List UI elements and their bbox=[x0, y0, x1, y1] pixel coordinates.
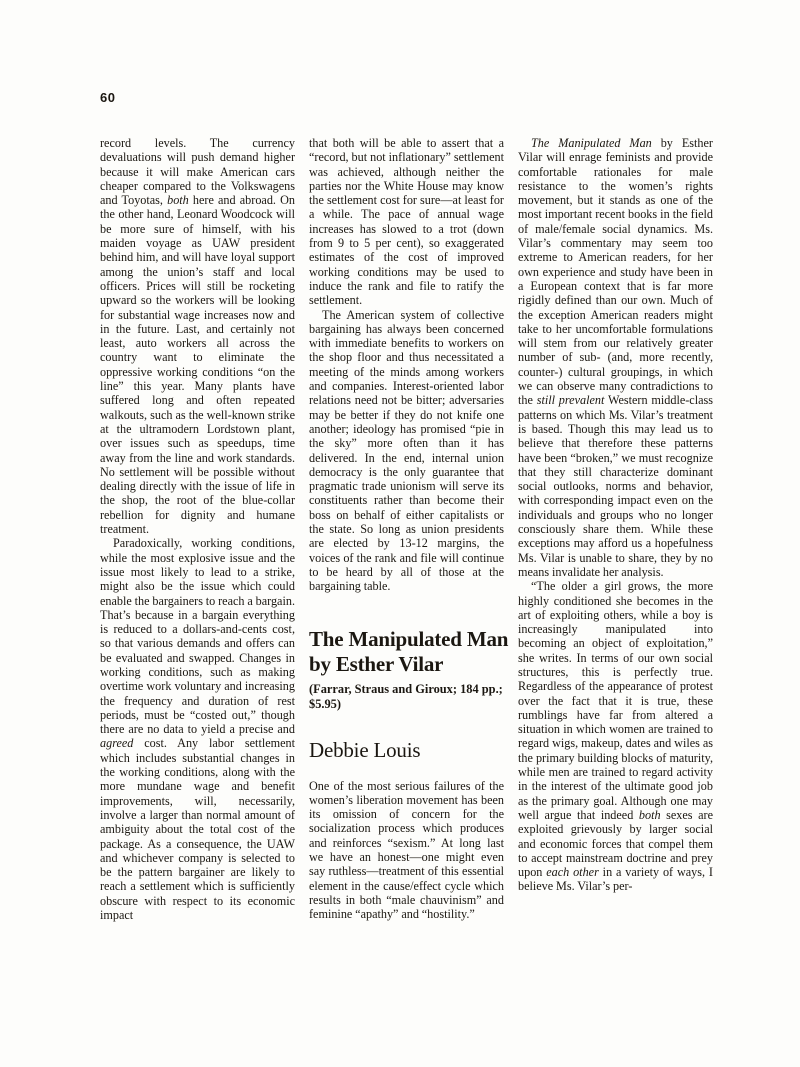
paragraph: Paradoxically, working conditions, while… bbox=[100, 536, 295, 922]
text-run: The American system of collective bargai… bbox=[309, 308, 504, 594]
paragraph: The Manipulated Man by Esther Vilar will… bbox=[518, 136, 713, 579]
text-run: agreed bbox=[100, 736, 133, 750]
paragraph: The American system of collective bargai… bbox=[309, 308, 504, 594]
column-1: record levels. The currency devaluations… bbox=[100, 136, 295, 922]
text-run: Western middle-class patterns on which M… bbox=[518, 393, 713, 579]
paragraph: One of the most serious failures of the … bbox=[309, 779, 504, 922]
text-columns: record levels. The currency devaluations… bbox=[100, 136, 713, 922]
text-run: here and abroad. On the other hand, Leon… bbox=[100, 193, 295, 536]
text-run: that both will be able to assert that a … bbox=[309, 136, 504, 307]
paragraph: that both will be able to assert that a … bbox=[309, 136, 504, 308]
paragraph: “The older a girl grows, the more highly… bbox=[518, 579, 713, 894]
text-run: still prevalent bbox=[537, 393, 605, 407]
column-3: The Manipulated Man by Esther Vilar will… bbox=[518, 136, 713, 894]
review-title: The Manipulated Manby Esther Vilar bbox=[309, 627, 504, 677]
text-run: One of the most serious failures of the … bbox=[309, 779, 504, 922]
reviewer-byline: Debbie Louis bbox=[309, 738, 504, 762]
text-run: “The older a girl grows, the more highly… bbox=[518, 579, 713, 822]
text-run: each other bbox=[546, 865, 599, 879]
text-run: cost. Any labor settlement which include… bbox=[100, 736, 295, 922]
paragraph: record levels. The currency devaluations… bbox=[100, 136, 295, 536]
text-run: by Esther Vilar will enrage feminists an… bbox=[518, 136, 713, 407]
text-run: Paradoxically, working conditions, while… bbox=[100, 536, 295, 736]
text-run: The Manipulated Man bbox=[531, 136, 652, 150]
page-number: 60 bbox=[100, 90, 115, 105]
column-2: that both will be able to assert that a … bbox=[309, 136, 504, 921]
text-run: both bbox=[639, 808, 661, 822]
book-publication-info: (Farrar, Straus and Giroux; 184 pp.; $5.… bbox=[309, 682, 504, 712]
text-run: both bbox=[167, 193, 189, 207]
magazine-page: 60 record levels. The currency devaluati… bbox=[0, 0, 800, 1067]
